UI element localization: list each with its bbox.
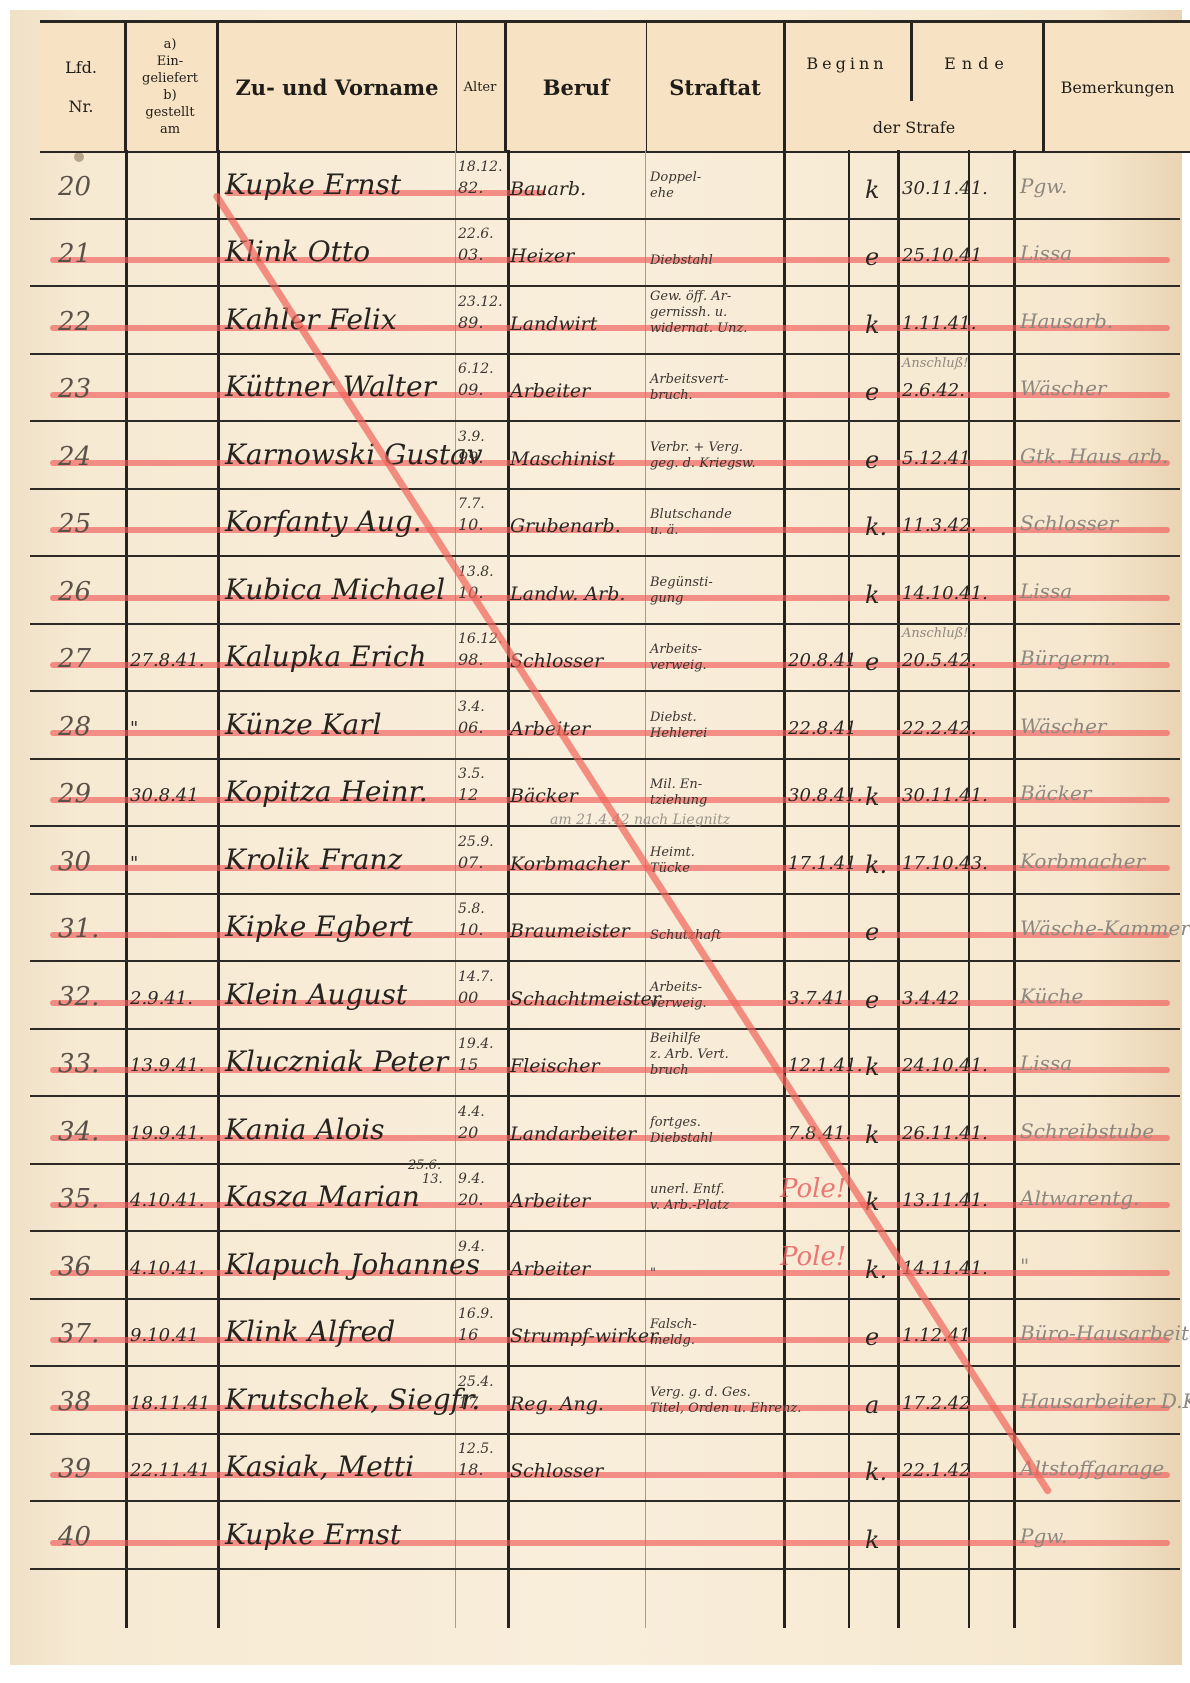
row-number: 23	[58, 374, 91, 404]
birth-date-line2: 00	[458, 990, 478, 1005]
offense-line: gung	[650, 591, 683, 606]
sentence-end: 2.6.42.	[902, 380, 965, 401]
eingeliefert-date: "	[130, 853, 138, 874]
red-strike-line	[50, 1540, 1170, 1546]
header-ende: Ende	[912, 23, 1042, 103]
remark: Wäscher	[1020, 714, 1106, 738]
header-am-label: am	[160, 121, 180, 138]
sentence-category: e	[865, 378, 879, 406]
birth-date-line1: 3.5.	[458, 767, 485, 782]
header-name: Zu- und Vorname	[218, 23, 456, 151]
birth-date-line1: 9.4.	[458, 1172, 485, 1187]
red-note-pole: Pole!	[780, 1242, 846, 1272]
birth-date-line1: 25.4.	[458, 1375, 494, 1390]
inmate-name: Kasza Marian	[225, 1180, 420, 1213]
offense-line: z. Arb. Vert.	[650, 1047, 729, 1062]
sentence-end: 22.2.42.	[902, 718, 976, 739]
sentence-end: 22.1.42	[902, 1460, 971, 1481]
sentence-end: 14.11.41.	[902, 1258, 988, 1279]
register-page: Lfd. Nr. a) Ein- geliefert b) gestellt a…	[10, 10, 1182, 1665]
remark: Schreibstube	[1020, 1119, 1154, 1143]
remark: Lissa	[1020, 579, 1072, 603]
row-rule	[30, 488, 1180, 490]
header-alter-label: Alter	[464, 79, 497, 96]
profession: Schachtmeister	[510, 988, 661, 1010]
offense-line: Arbeits-	[650, 980, 702, 995]
profession: Reg. Ang.	[510, 1393, 604, 1415]
profession: Fleischer	[510, 1055, 600, 1077]
row-rule	[30, 1028, 1180, 1030]
offense-line: Verg. g. d. Ges.	[650, 1385, 751, 1400]
birth-date-line2: 18.	[458, 1462, 483, 1477]
sentence-end: 3.4.42	[902, 988, 959, 1009]
offense-line: Diebst.	[650, 710, 697, 725]
header-ein-label: Ein-	[157, 53, 183, 70]
header-beruf: Beruf	[506, 23, 646, 151]
inmate-name: Krutschek, Siegfr.	[225, 1383, 480, 1416]
row-rule	[30, 1365, 1180, 1367]
profession: Landw. Arb.	[510, 583, 625, 605]
eingeliefert-date: 2.9.41.	[130, 988, 193, 1009]
birth-date-line1: 6.12.	[458, 362, 494, 377]
header-a-label: a)	[164, 36, 177, 53]
inmate-name: Karnowski Gustav	[225, 438, 483, 471]
red-strike-line	[50, 1270, 1170, 1276]
row-rule	[30, 1095, 1180, 1097]
birth-date-line1: 18.12.	[458, 160, 503, 175]
header-lfd-label: Lfd.	[65, 58, 97, 77]
red-strike-line	[50, 730, 1170, 736]
offense-line: Diebstahl	[650, 253, 713, 268]
profession: Braumeister	[510, 920, 630, 942]
sentence-begin: 12.1.41.	[788, 1055, 862, 1076]
remark: Bäcker	[1020, 781, 1091, 805]
offense-line: Gew. öff. Ar-	[650, 289, 731, 304]
offense-line: Begünsti-	[650, 575, 713, 590]
row-rule	[30, 690, 1180, 692]
row-number: 21	[58, 239, 91, 269]
row-number: 28	[58, 712, 91, 742]
eingeliefert-date: 18.11.41	[130, 1393, 210, 1414]
transfer-note: am 21.4.42 nach Liegnitz	[550, 813, 730, 828]
inmate-name: Klink Alfred	[225, 1315, 395, 1348]
sentence-end: 25.10.41	[902, 245, 982, 266]
header-name-label: Zu- und Vorname	[235, 75, 438, 100]
row-rule	[30, 1163, 1180, 1165]
birth-date-note-2: 13.	[422, 1172, 443, 1187]
sentence-category: e	[865, 918, 879, 946]
offense-line: Falsch-	[650, 1317, 697, 1332]
header-b-label: b)	[163, 87, 176, 104]
birth-date-line1: 19.4.	[458, 1037, 494, 1052]
remark: Schlosser	[1020, 511, 1118, 535]
profession: Strumpf-wirker	[510, 1325, 658, 1347]
offense-line: Beihilfe	[650, 1031, 701, 1046]
red-strike-line	[50, 392, 1170, 398]
offense-line: verweig.	[650, 658, 707, 673]
eingeliefert-date: 27.8.41.	[130, 650, 204, 671]
birth-date-line1: 16.9.	[458, 1307, 494, 1322]
sentence-end-note: Anschluß!	[902, 356, 969, 371]
profession: Grubenarb.	[510, 515, 621, 537]
red-strike-line	[50, 1405, 1170, 1411]
profession: Korbmacher	[510, 853, 629, 875]
header-nr-label: Nr.	[69, 97, 94, 116]
offense-line: Blutschande	[650, 507, 732, 522]
offense-line: widernat. Unz.	[650, 321, 747, 336]
profession: Landwirt	[510, 313, 597, 335]
sentence-category: e	[865, 446, 879, 474]
sentence-end: 14.10.41.	[902, 583, 988, 604]
row-number: 38	[58, 1387, 91, 1417]
profession: Schlosser	[510, 1460, 603, 1482]
offense-line: bruch	[650, 1063, 689, 1078]
sentence-end: 1.11.41.	[902, 313, 976, 334]
row-number: 22	[58, 307, 91, 337]
remark: Korbmacher	[1020, 849, 1145, 873]
row-rule	[30, 960, 1180, 962]
header-der-strafe: der Strafe	[786, 107, 1042, 147]
birth-date-note-1: 25.6.	[408, 1158, 441, 1173]
profession: Heizer	[510, 245, 574, 267]
header-straftat: Straftat	[648, 23, 782, 151]
eingeliefert-date: 9.10.41	[130, 1325, 199, 1346]
remark: Wäscher	[1020, 376, 1106, 400]
remark: Hausarb.	[1020, 309, 1113, 333]
offense-line: Arbeits-	[650, 642, 702, 657]
inmate-name: Klein August	[225, 978, 407, 1011]
sentence-begin: 3.7.41	[788, 988, 845, 1009]
sentence-end: 30.11.41.	[902, 178, 988, 199]
remark: Bürgerm.	[1020, 646, 1117, 670]
row-number: 26	[58, 577, 91, 607]
profession: Bauarb.	[510, 178, 586, 200]
eingeliefert-date: 4.10.41.	[130, 1258, 204, 1279]
table-header: Lfd. Nr. a) Ein- geliefert b) gestellt a…	[40, 20, 1190, 153]
header-ende-label: Ende	[944, 54, 1010, 73]
birth-date-line1: 9.4.	[458, 1240, 485, 1255]
header-divider	[910, 23, 913, 101]
birth-date-line1: 25.9.	[458, 835, 494, 850]
birth-date-line2: 03.	[458, 247, 483, 262]
eingeliefert-date: 13.9.41.	[130, 1055, 204, 1076]
eingeliefert-date: 30.8.41	[130, 785, 199, 806]
red-note-pole: Pole!	[780, 1174, 846, 1204]
header-beginn-label: Beginn	[806, 54, 887, 73]
sentence-begin: 30.8.41.	[788, 785, 862, 806]
inmate-name: Kania Alois	[225, 1113, 385, 1146]
remark: Altwarentg.	[1020, 1186, 1139, 1210]
row-number: 37.	[58, 1319, 99, 1349]
remark: Gtk. Haus arb.	[1020, 444, 1168, 468]
offense-line: fortges.	[650, 1115, 701, 1130]
sentence-end: 5.12.41	[902, 448, 971, 469]
offense-line: Mil. En-	[650, 777, 702, 792]
row-rule	[30, 1230, 1180, 1232]
offense-line: ehe	[650, 186, 674, 201]
eingeliefert-date: "	[130, 718, 138, 739]
profession: Arbeiter	[510, 380, 590, 402]
sentence-end: 1.12.41	[902, 1325, 971, 1346]
row-number: 24	[58, 442, 91, 472]
birth-date-line2: 10.	[458, 517, 483, 532]
offense-line: u. ä.	[650, 523, 679, 538]
offense-line: bruch.	[650, 388, 693, 403]
profession: Landarbeiter	[510, 1123, 636, 1145]
inmate-name: Kalupka Erich	[225, 640, 427, 673]
remark: Pgw.	[1020, 174, 1067, 198]
birth-date-line2: 99.	[458, 450, 483, 465]
offense-line: Heimt.	[650, 845, 695, 860]
header-divider	[216, 23, 219, 151]
birth-date-line2: 98.	[458, 652, 483, 667]
birth-date-line1: 23.12.	[458, 295, 503, 310]
profession: Maschinist	[510, 448, 615, 470]
profession: Bäcker	[510, 785, 578, 807]
birth-date-line1: 4.4.	[458, 1105, 485, 1120]
header-alter: Alter	[456, 23, 504, 151]
sentence-end: 13.11.41.	[902, 1190, 988, 1211]
birth-date-line1: 5.8.	[458, 902, 485, 917]
sentence-begin: 17.1.41	[788, 853, 857, 874]
sentence-begin: 20.8.41	[788, 650, 857, 671]
row-number: 35.	[58, 1184, 99, 1214]
sentence-end: 17.10.43.	[902, 853, 988, 874]
row-rule	[30, 218, 1180, 220]
profession: Arbeiter	[510, 1190, 590, 1212]
header-straftat-label: Straftat	[669, 75, 761, 100]
birth-date-line2: 20.	[458, 1192, 483, 1207]
inmate-name: Kluczniak Peter	[225, 1045, 448, 1078]
header-gestellt-label: gestellt	[145, 104, 194, 121]
birth-date-line1: 22.6.	[458, 227, 494, 242]
row-number: 30	[58, 847, 91, 877]
birth-date-line2: 10.	[458, 922, 483, 937]
eingeliefert-date: 4.10.41.	[130, 1190, 204, 1211]
row-rule	[30, 420, 1180, 422]
inmate-name: Kipke Egbert	[225, 910, 413, 943]
remark: Lissa	[1020, 1051, 1072, 1075]
inmate-name: Klapuch Johannes	[225, 1248, 480, 1281]
inmate-name: Korfanty Aug.	[225, 505, 422, 538]
birth-date-line2: 17	[458, 1395, 478, 1410]
profession: Arbeiter	[510, 1258, 590, 1280]
inmate-name: Kupke Ernst	[225, 1518, 401, 1551]
birth-date-line1: 7.7.	[458, 497, 485, 512]
sentence-category: a	[865, 1391, 879, 1419]
offense-line: Arbeitsvert-	[650, 372, 729, 387]
header-divider	[124, 23, 127, 151]
sentence-category: e	[865, 243, 879, 271]
offense-line: meldg.	[650, 1333, 695, 1348]
sentence-category: k	[865, 176, 880, 204]
row-number: 25	[58, 509, 91, 539]
inmate-name: Krolik Franz	[225, 843, 402, 876]
sentence-category: k	[865, 311, 880, 339]
inmate-name: Künze Karl	[225, 708, 382, 741]
birth-date-line1: 12.5.	[458, 1442, 494, 1457]
row-number: 39	[58, 1454, 91, 1484]
sentence-end: 11.3.42.	[902, 515, 976, 536]
remark: Büro-Hausarbeiter	[1020, 1321, 1190, 1345]
sentence-category: k.	[865, 513, 887, 541]
eingeliefert-date: 19.9.41.	[130, 1123, 204, 1144]
sentence-category: e	[865, 986, 879, 1014]
header-beginn: Beginn	[786, 23, 908, 103]
inmate-name: Kasiak, Metti	[225, 1450, 414, 1483]
inmate-name: Kubica Michael	[225, 573, 445, 606]
birth-date-line1: 3.4.	[458, 700, 485, 715]
offense-line: unerl. Entf.	[650, 1182, 725, 1197]
inmate-name: Kupke Ernst	[225, 168, 401, 201]
row-rule	[30, 353, 1180, 355]
sentence-end: 17.2.42	[902, 1393, 971, 1414]
remark: Lissa	[1020, 241, 1072, 265]
sentence-end: 26.11.41.	[902, 1123, 988, 1144]
header-divider	[504, 23, 507, 151]
offense-line: Titel, Orden u. Ehrenz.	[650, 1401, 801, 1416]
sentence-category: k.	[865, 1256, 887, 1284]
remark: Küche	[1020, 984, 1083, 1008]
row-number: 29	[58, 779, 91, 809]
row-number: 36	[58, 1252, 91, 1282]
birth-date-line2: 12	[458, 787, 478, 802]
birth-date-line1: 14.7.	[458, 970, 494, 985]
eingeliefert-date: 22.11.41	[130, 1460, 210, 1481]
sentence-category: k	[865, 783, 880, 811]
sentence-category: e	[865, 1323, 879, 1351]
header-bemerkungen-label: Bemerkungen	[1061, 78, 1175, 97]
birth-date-line2: 16	[458, 1327, 478, 1342]
birth-date-line2: 89.	[458, 315, 483, 330]
row-number: 20	[58, 172, 91, 202]
sentence-category: k	[865, 581, 880, 609]
sentence-category: k.	[865, 851, 887, 879]
header-eingeliefert: a) Ein- geliefert b) gestellt am	[125, 23, 215, 151]
header-der-strafe-label: der Strafe	[873, 118, 955, 137]
row-rule	[30, 1298, 1180, 1300]
header-divider	[783, 23, 786, 151]
row-rule	[30, 555, 1180, 557]
sentence-category: e	[865, 648, 879, 676]
row-number: 33.	[58, 1049, 99, 1079]
sentence-begin: 22.8.41	[788, 718, 857, 739]
inmate-name: Kopitza Heinr.	[225, 775, 428, 808]
offense-line: Hehlerei	[650, 726, 707, 741]
row-number: 31.	[58, 914, 99, 944]
red-strike-line	[50, 1067, 1170, 1073]
row-rule	[30, 893, 1180, 895]
offense-line: tziehung	[650, 793, 707, 808]
sentence-end: 30.11.41.	[902, 785, 988, 806]
header-divider	[646, 23, 647, 151]
offense-line: v. Arb.-Platz	[650, 1198, 729, 1213]
row-number: 32.	[58, 982, 99, 1012]
header-bemerkungen: Bemerkungen	[1045, 23, 1190, 151]
sentence-end-note: Anschluß!	[902, 626, 969, 641]
birth-date-line2: 20	[458, 1125, 478, 1140]
row-rule	[30, 1568, 1180, 1570]
sentence-category: k	[865, 1121, 880, 1149]
sentence-category: k	[865, 1053, 880, 1081]
sentence-category: k.	[865, 1458, 887, 1486]
inmate-name: Kahler Felix	[225, 303, 397, 336]
sentence-end: 20.5.42.	[902, 650, 976, 671]
offense-line: verweig.	[650, 996, 707, 1011]
sentence-category: k	[865, 1526, 880, 1554]
birth-date-line2: 06.	[458, 720, 483, 735]
row-rule	[30, 285, 1180, 287]
birth-date-line2: 15	[458, 1057, 478, 1072]
birth-date-line2: 09.	[458, 382, 483, 397]
offense-line: "	[650, 1266, 656, 1281]
header-divider	[456, 23, 457, 151]
row-number: 40	[58, 1522, 91, 1552]
red-strike-line	[50, 662, 1170, 668]
header-geliefert-label: geliefert	[142, 70, 198, 87]
header-beruf-label: Beruf	[543, 75, 609, 100]
birth-date-line2: 82.	[458, 180, 483, 195]
offense-line: gernissh. u.	[650, 305, 727, 320]
remark: "	[1020, 1254, 1029, 1278]
offense-line: Verbr. + Verg.	[650, 440, 743, 455]
remark: Pgw.	[1020, 1524, 1067, 1548]
birth-date-line1: 3.9.	[458, 430, 485, 445]
header-divider	[1042, 23, 1045, 151]
punch-hole	[74, 152, 84, 162]
remark: Hausarbeiter D.K.	[1020, 1389, 1190, 1413]
remark: Wäsche-Kammer	[1020, 916, 1190, 940]
offense-line: Diebstahl	[650, 1131, 713, 1146]
red-strike-line	[50, 325, 1170, 331]
header-lfd-nr: Lfd. Nr.	[40, 23, 122, 151]
row-number: 34.	[58, 1117, 99, 1147]
row-rule	[30, 1500, 1180, 1502]
sentence-end: 24.10.41.	[902, 1055, 988, 1076]
red-strike-line	[50, 257, 1170, 263]
offense-line: Doppel-	[650, 170, 701, 185]
row-rule	[30, 758, 1180, 760]
offense-line: geg. d. Kriegsw.	[650, 456, 756, 471]
row-rule	[30, 623, 1180, 625]
red-strike-line	[50, 1202, 1170, 1208]
birth-date-line2: 07.	[458, 855, 483, 870]
red-strike-line	[50, 1472, 1170, 1478]
row-number: 27	[58, 644, 91, 674]
